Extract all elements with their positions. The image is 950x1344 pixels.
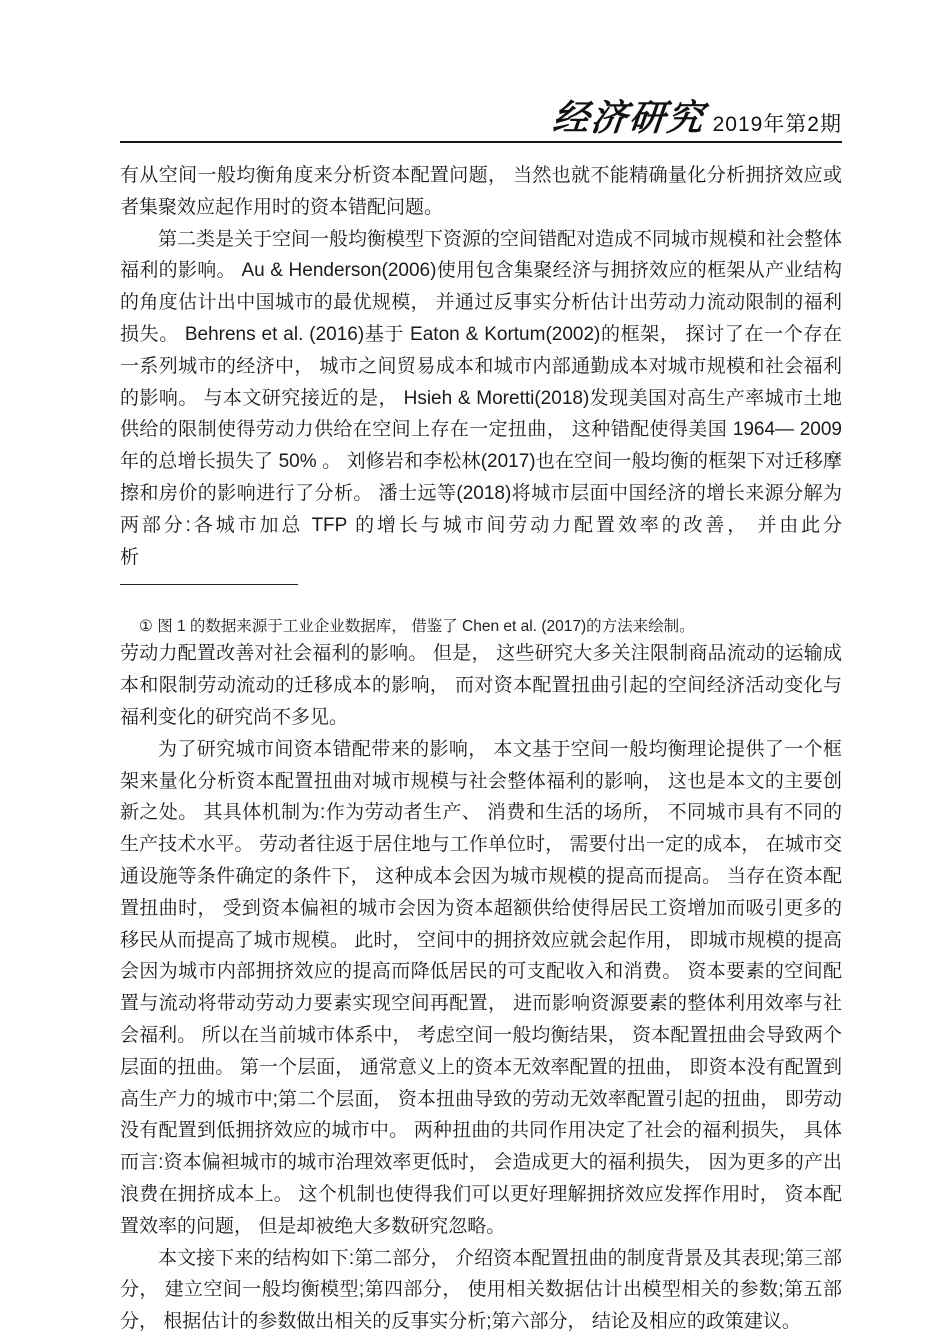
page-header: 经济研究 2019年第2期 [120,0,842,136]
body-text: 有从空间一般均衡角度来分析资本配置问题， 当然也就不能精确量化分析拥挤效应或者集… [120,160,842,1338]
paragraph-after-footnote: 劳动力配置改善对社会福利的影响。 但是， 这些研究大多关注限制商品流动的运输成本… [120,638,842,733]
page-content: 经济研究 2019年第2期 有从空间一般均衡角度来分析资本配置问题， 当然也就不… [120,0,842,1338]
paper-page: 经济研究 2019年第2期 有从空间一般均衡角度来分析资本配置问题， 当然也就不… [0,0,950,1344]
header-rule [120,141,842,143]
paragraph-structure-outline: 本文接下来的结构如下:第二部分， 介绍资本配置扭曲的制度背景及其表现;第三部分，… [120,1243,842,1338]
issue-label: 2019年第2期 [713,113,842,136]
orphan-line: 析 [120,542,842,574]
journal-logo-calligraphy: 经济研究 [551,100,707,136]
footnote: ① 图 1 的数据来源于工业企业数据库， 借鉴了 Chen et al. (20… [120,616,842,638]
paragraph-mechanism: 为了研究城市间资本错配带来的影响， 本文基于空间一般均衡理论提供了一个框架来量化… [120,734,842,1243]
paragraph-literature-review: 第二类是关于空间一般均衡模型下资源的空间错配对造成不同城市规模和社会整体福利的影… [120,224,842,542]
paragraph-continuation: 有从空间一般均衡角度来分析资本配置问题， 当然也就不能精确量化分析拥挤效应或者集… [120,160,842,224]
footnote-separator [120,584,298,585]
